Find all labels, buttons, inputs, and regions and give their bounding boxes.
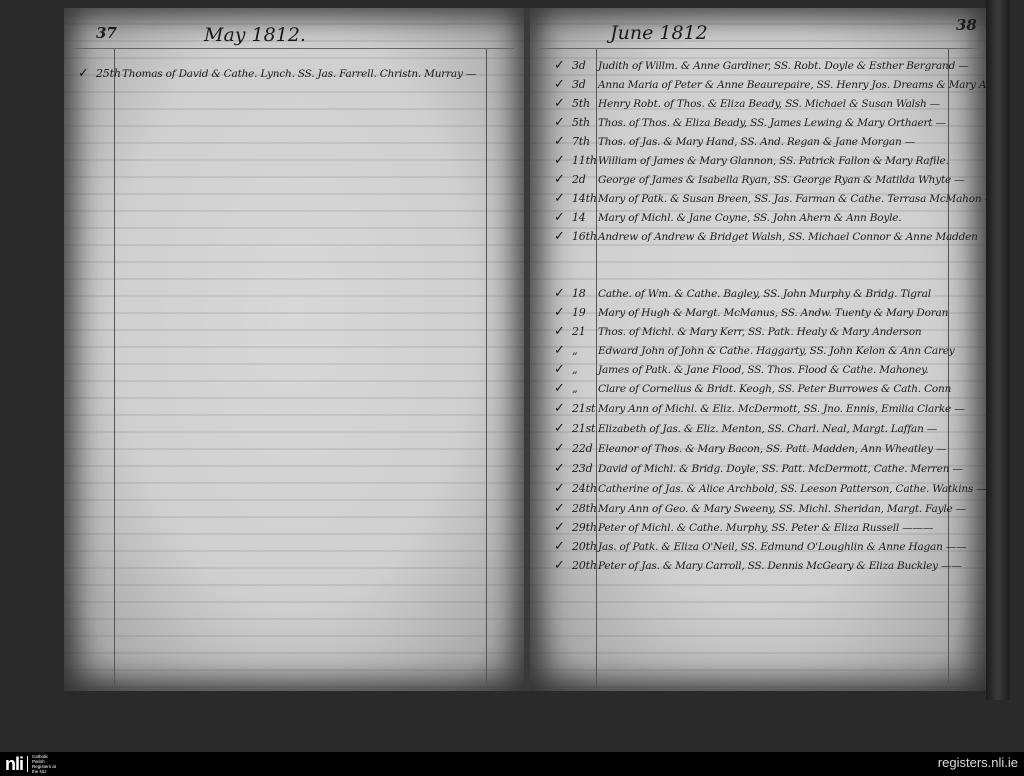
check-mark-icon: ✓ [554, 381, 572, 396]
register-entry: ✓16thAndrew of Andrew & Bridget Walsh, S… [554, 229, 978, 244]
book-edge-shadow [986, 0, 1010, 700]
check-mark-icon: ✓ [554, 58, 572, 73]
entry-text: Anna Maria of Peter & Anne Beaurepaire, … [598, 79, 1001, 91]
register-entry: ✓„Clare of Cornelius & Bridt. Keogh, SS.… [554, 381, 951, 396]
check-mark-icon: ✓ [78, 66, 96, 81]
check-mark-icon: ✓ [554, 191, 572, 206]
register-entry: ✓21Thos. of Michl. & Mary Kerr, SS. Patk… [554, 324, 921, 339]
entry-text: Mary Ann of Michl. & Eliz. McDermott, SS… [598, 403, 965, 415]
register-entry: ✓20thPeter of Jas. & Mary Carroll, SS. D… [554, 558, 962, 573]
register-entry: ✓20thJas. of Patk. & Eliza O'Neil, SS. E… [554, 539, 966, 554]
logo-divider [27, 756, 28, 772]
margin-rule [114, 48, 115, 688]
entry-text: Thos. of Thos. & Eliza Beady, SS. James … [598, 117, 946, 129]
check-mark-icon: ✓ [554, 558, 572, 573]
entry-day: 24th [572, 482, 598, 495]
register-entry: ✓„Edward John of John & Cathe. Haggarty,… [554, 343, 955, 358]
margin-rule [948, 48, 949, 688]
entry-day: 18 [572, 287, 598, 300]
entry-day: 14th [572, 192, 598, 205]
check-mark-icon: ✓ [554, 229, 572, 244]
entry-text: Mary Ann of Geo. & Mary Sweeny, SS. Mich… [598, 503, 966, 515]
entry-text: Judith of Willm. & Anne Gardiner, SS. Ro… [598, 60, 969, 72]
entry-text: Peter of Michl. & Cathe. Murphy, SS. Pet… [598, 522, 933, 534]
right-register-page: June 1812 38 ✓3dJudith of Willm. & Anne … [530, 8, 986, 691]
check-mark-icon: ✓ [554, 324, 572, 339]
month-heading: May 1812. [204, 24, 306, 46]
check-mark-icon: ✓ [554, 305, 572, 320]
check-mark-icon: ✓ [554, 481, 572, 496]
entry-text: James of Patk. & Jane Flood, SS. Thos. F… [598, 364, 929, 376]
entry-text: Thomas of David & Cathe. Lynch. SS. Jas.… [122, 68, 476, 80]
check-mark-icon: ✓ [554, 96, 572, 111]
entry-day: 20th [572, 540, 598, 553]
month-heading: June 1812 [610, 22, 708, 44]
entry-text: Andrew of Andrew & Bridget Walsh, SS. Mi… [598, 231, 978, 243]
entry-day: „ [572, 382, 598, 395]
entry-day: 20th [572, 559, 598, 572]
register-entry: ✓11thWilliam of James & Mary Glannon, SS… [554, 153, 949, 168]
entry-text: Mary of Patk. & Susan Breen, SS. Jas. Fa… [598, 193, 995, 205]
logo-caption: Catholic Parish Registers at the NLI [32, 754, 60, 774]
footer-bar: nli Catholic Parish Registers at the NLI… [0, 752, 1024, 776]
entry-day: 21 [572, 325, 598, 338]
entry-day: „ [572, 344, 598, 357]
entry-day: 3d [572, 59, 598, 72]
entry-text: Clare of Cornelius & Bridt. Keogh, SS. P… [598, 383, 951, 395]
entry-day: 11th [572, 154, 598, 167]
entry-day: 21st [572, 402, 598, 415]
entry-text: Edward John of John & Cathe. Haggarty, S… [598, 345, 955, 357]
check-mark-icon: ✓ [554, 362, 572, 377]
entry-day: 28th [572, 502, 598, 515]
entry-text: William of James & Mary Glannon, SS. Pat… [598, 155, 949, 167]
entry-day: 5th [572, 116, 598, 129]
register-entry: ✓21stElizabeth of Jas. & Eliz. Menton, S… [554, 421, 937, 436]
register-entry: ✓29thPeter of Michl. & Cathe. Murphy, SS… [554, 520, 933, 535]
check-mark-icon: ✓ [554, 134, 572, 149]
check-mark-icon: ✓ [554, 210, 572, 225]
register-entry: ✓24thCatherine of Jas. & Alice Archbold,… [554, 481, 987, 496]
entry-day: 16th [572, 230, 598, 243]
check-mark-icon: ✓ [554, 115, 572, 130]
entry-day: 21st [572, 422, 598, 435]
check-mark-icon: ✓ [554, 421, 572, 436]
register-entry: ✓3dAnna Maria of Peter & Anne Beaurepair… [554, 77, 1001, 92]
check-mark-icon: ✓ [554, 441, 572, 456]
check-mark-icon: ✓ [554, 401, 572, 416]
entry-day: 7th [572, 135, 598, 148]
nli-logo-mark: nli [5, 754, 23, 775]
entry-text: Henry Robt. of Thos. & Eliza Beady, SS. … [598, 98, 940, 110]
left-register-page: 37 May 1812. ✓25thThomas of David & Cath… [64, 8, 526, 691]
entry-day: 14 [572, 211, 598, 224]
entry-text: Eleanor of Thos. & Mary Bacon, SS. Patt.… [598, 443, 946, 455]
register-entry: ✓14Mary of Michl. & Jane Coyne, SS. John… [554, 210, 901, 225]
entry-text: David of Michl. & Bridg. Doyle, SS. Patt… [598, 463, 963, 475]
entry-text: Cathe. of Wm. & Cathe. Bagley, SS. John … [598, 288, 931, 300]
register-entry: ✓2dGeorge of James & Isabella Ryan, SS. … [554, 172, 964, 187]
check-mark-icon: ✓ [554, 501, 572, 516]
register-entry: ✓18Cathe. of Wm. & Cathe. Bagley, SS. Jo… [554, 286, 931, 301]
entry-text: Jas. of Patk. & Eliza O'Neil, SS. Edmund… [598, 541, 966, 553]
register-entry: ✓21stMary Ann of Michl. & Eliz. McDermot… [554, 401, 965, 416]
register-entry: ✓23dDavid of Michl. & Bridg. Doyle, SS. … [554, 461, 963, 476]
header-rule [540, 48, 980, 49]
register-entry: ✓3dJudith of Willm. & Anne Gardiner, SS.… [554, 58, 969, 73]
register-entry: ✓5thHenry Robt. of Thos. & Eliza Beady, … [554, 96, 940, 111]
header-rule [74, 48, 514, 49]
entry-day: 22d [572, 442, 598, 455]
check-mark-icon: ✓ [554, 153, 572, 168]
register-entry: ✓25thThomas of David & Cathe. Lynch. SS.… [78, 66, 476, 81]
register-entry: ✓5thThos. of Thos. & Eliza Beady, SS. Ja… [554, 115, 946, 130]
entry-text: Catherine of Jas. & Alice Archbold, SS. … [598, 483, 987, 495]
check-mark-icon: ✓ [554, 172, 572, 187]
register-entry: ✓19Mary of Hugh & Margt. McManus, SS. An… [554, 305, 948, 320]
entry-text: Elizabeth of Jas. & Eliz. Menton, SS. Ch… [598, 423, 937, 435]
entry-text: Mary of Hugh & Margt. McManus, SS. Andw.… [598, 307, 948, 319]
entry-day: 29th [572, 521, 598, 534]
entry-day: 3d [572, 78, 598, 91]
register-entry: ✓„James of Patk. & Jane Flood, SS. Thos.… [554, 362, 929, 377]
entry-day: 5th [572, 97, 598, 110]
entry-text: Thos. of Michl. & Mary Kerr, SS. Patk. H… [598, 326, 921, 338]
entry-text: Mary of Michl. & Jane Coyne, SS. John Ah… [598, 212, 901, 224]
entry-day: 19 [572, 306, 598, 319]
check-mark-icon: ✓ [554, 286, 572, 301]
check-mark-icon: ✓ [554, 461, 572, 476]
entry-text: Peter of Jas. & Mary Carroll, SS. Dennis… [598, 560, 962, 572]
register-entry: ✓7thThos. of Jas. & Mary Hand, SS. And. … [554, 134, 915, 149]
check-mark-icon: ✓ [554, 77, 572, 92]
check-mark-icon: ✓ [554, 539, 572, 554]
entry-day: 25th [96, 67, 122, 80]
page-number: 38 [956, 16, 977, 34]
entry-day: 23d [572, 462, 598, 475]
entry-day: 2d [572, 173, 598, 186]
register-entry: ✓28thMary Ann of Geo. & Mary Sweeny, SS.… [554, 501, 966, 516]
nli-logo[interactable]: nli Catholic Parish Registers at the NLI [5, 754, 60, 774]
page-number: 37 [96, 24, 117, 42]
check-mark-icon: ✓ [554, 343, 572, 358]
margin-rule [486, 48, 487, 688]
check-mark-icon: ✓ [554, 520, 572, 535]
register-entry: ✓14thMary of Patk. & Susan Breen, SS. Ja… [554, 191, 995, 206]
entry-text: Thos. of Jas. & Mary Hand, SS. And. Rega… [598, 136, 915, 148]
entry-text: George of James & Isabella Ryan, SS. Geo… [598, 174, 964, 186]
entry-day: „ [572, 363, 598, 376]
image-viewer: 37 May 1812. ✓25thThomas of David & Cath… [0, 0, 1024, 752]
site-link[interactable]: registers.nli.ie [938, 755, 1018, 770]
register-entry: ✓22dEleanor of Thos. & Mary Bacon, SS. P… [554, 441, 946, 456]
